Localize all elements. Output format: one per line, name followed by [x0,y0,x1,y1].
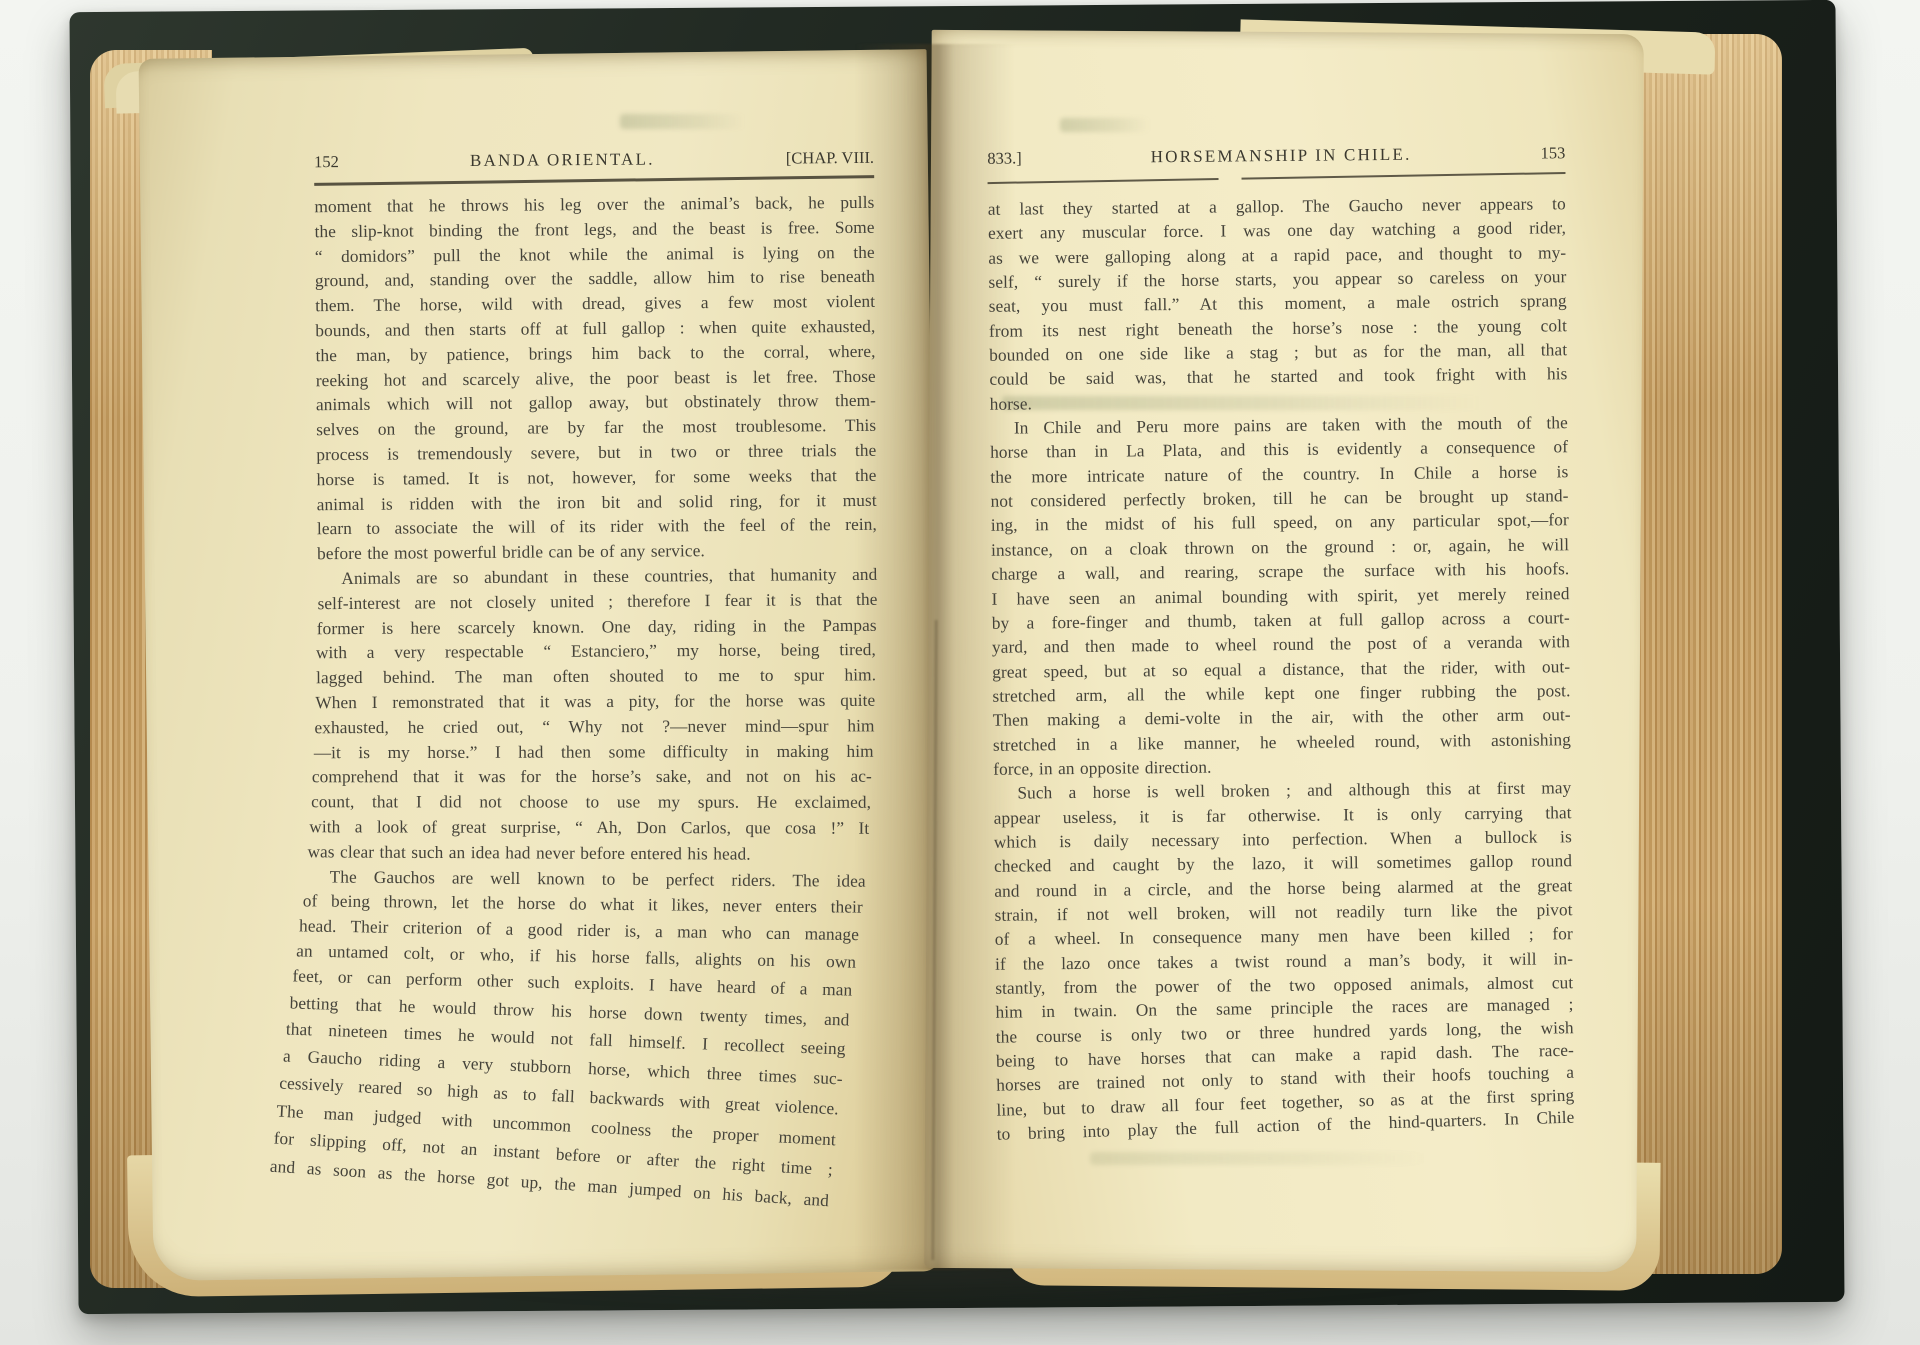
text-line: When I remonstrated that it was a pity, … [315,689,875,716]
left-chapter-label: [CHAP. VIII. [786,148,874,169]
text-line: former is here scarcely known. One day, … [317,613,877,641]
text-line: with a look of great surprise, “ Ah, Don… [309,815,869,841]
text-line: self-interest are not closely united ; t… [317,588,877,617]
right-header-rule [988,172,1566,184]
text-line: with a very respectable “ Estanciero,” m… [316,638,876,666]
right-running-title: HORSEMANSHIP IN CHILE. [1151,145,1412,168]
text-line: lagged behind. The man often shouted to … [316,663,876,691]
text-line: exhausted, he cried out, “ Why not ?—nev… [314,714,874,741]
page-edges-right [1622,34,1782,1274]
text-line: was clear that such an idea had never be… [307,840,867,868]
left-page-text: moment that he throws his leg over the a… [314,191,882,1179]
right-section-label: 833.] [987,148,1022,168]
right-page-header: 833.] HORSEMANSHIP IN CHILE. 153 [987,143,1565,171]
left-page-number: 152 [314,152,339,172]
right-page-text: at last they started at a gallop. The Ga… [988,192,1575,1147]
text-line: comprehend that it was for the horse’s s… [312,765,872,790]
right-page-number: 153 [1540,143,1565,163]
left-header-rule [314,175,874,186]
left-page-header: 152 BANDA ORIENTAL. [CHAP. VIII. [314,148,874,174]
open-book-photo: 152 BANDA ORIENTAL. [CHAP. VIII. moment … [0,0,1920,1345]
left-running-title: BANDA ORIENTAL. [470,150,655,171]
ink-showthrough-smudge [620,114,745,129]
right-page-content: 833.] HORSEMANSHIP IN CHILE. 153 at last… [987,143,1575,1147]
ink-showthrough-smudge [1060,118,1150,132]
ink-showthrough-smudge [1090,1152,1430,1165]
text-line: —it is my horse.” I had then some diffic… [314,739,874,765]
rule-segment [1242,172,1566,180]
rule-segment [988,178,1219,184]
text-line: count, that I did not choose to use my s… [311,790,871,815]
left-page-content: 152 BANDA ORIENTAL. [CHAP. VIII. moment … [314,148,882,1179]
